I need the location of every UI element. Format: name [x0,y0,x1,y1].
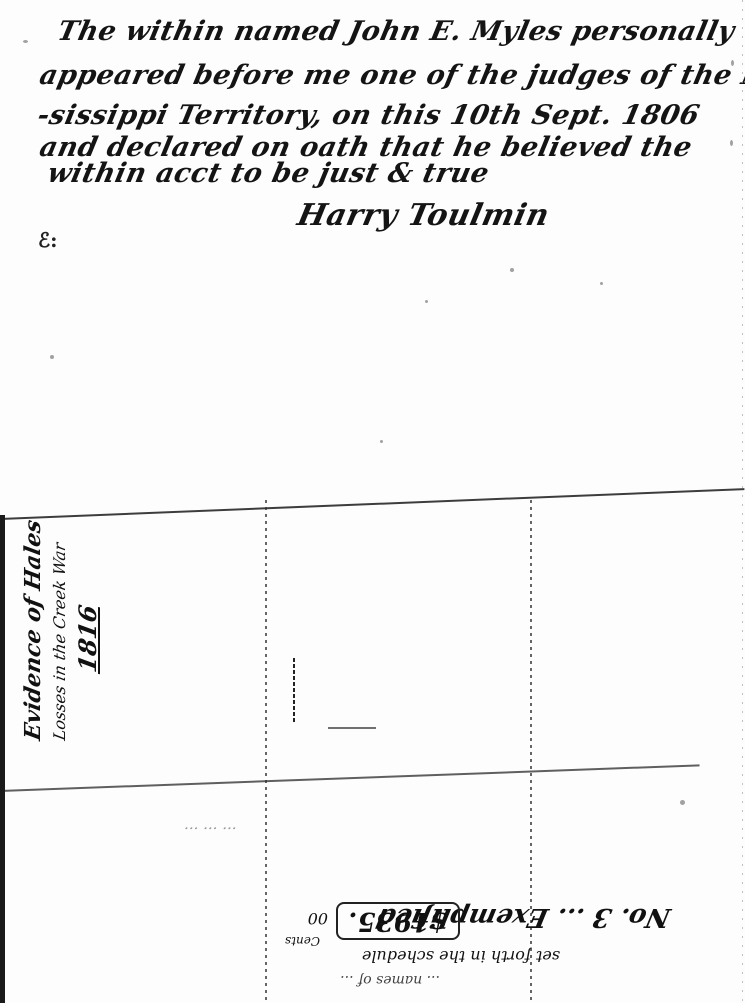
amount-cents: 00 [308,909,328,928]
upside-down-note: No. 3 ... Exemplified $1935. 00 Cents se… [270,860,690,980]
amount-box: $1935. [336,902,460,940]
endorsement-line-1: Evidence of Hales [20,518,46,743]
docket-endorsement: Evidence of Hales Losses in the Creek Wa… [20,520,120,740]
fold-line-lower [0,764,700,792]
faint-handwriting: ... ... ... [183,815,239,833]
scan-speck [425,300,428,303]
scanned-document-page: The within named John E. Myles personall… [0,0,745,1003]
page-edge-left [0,515,5,1003]
signature: Harry Toulmin [294,198,552,233]
scan-speck [600,282,603,285]
fold-line-vertical-left [265,500,267,1003]
scan-speck [23,40,28,43]
page-edge-right [742,0,743,1003]
affidavit-line-4: and declared on oath that he believed th… [37,134,694,161]
scan-speck [731,60,734,66]
scan-speck [510,268,514,272]
upside-note-line-3: ... names of ... [340,972,440,988]
fold-line-upper [0,488,744,520]
bracket-mark [293,658,295,723]
upside-note-line-2: set forth in the schedule [362,947,560,966]
scan-speck [380,440,383,443]
affidavit-line-3: -sissippi Territory, on this 10th Sept. … [35,102,702,129]
scan-speck [50,355,54,359]
affidavit-line-1: The within named John E. Myles personall… [55,18,737,45]
endorsement-line-2: Losses in the Creek War [50,518,69,741]
scan-speck [730,140,733,146]
affidavit-line-5: within acct to be just & true [45,160,491,187]
bracket-foot-mark [328,727,376,729]
scan-speck [680,800,685,805]
cents-label: Cents [285,934,320,948]
affidavit-line-2: appeared before me one of the judges of … [37,62,745,89]
margin-mark: ℰ: [38,228,58,252]
endorsement-year: 1816 [73,517,102,674]
